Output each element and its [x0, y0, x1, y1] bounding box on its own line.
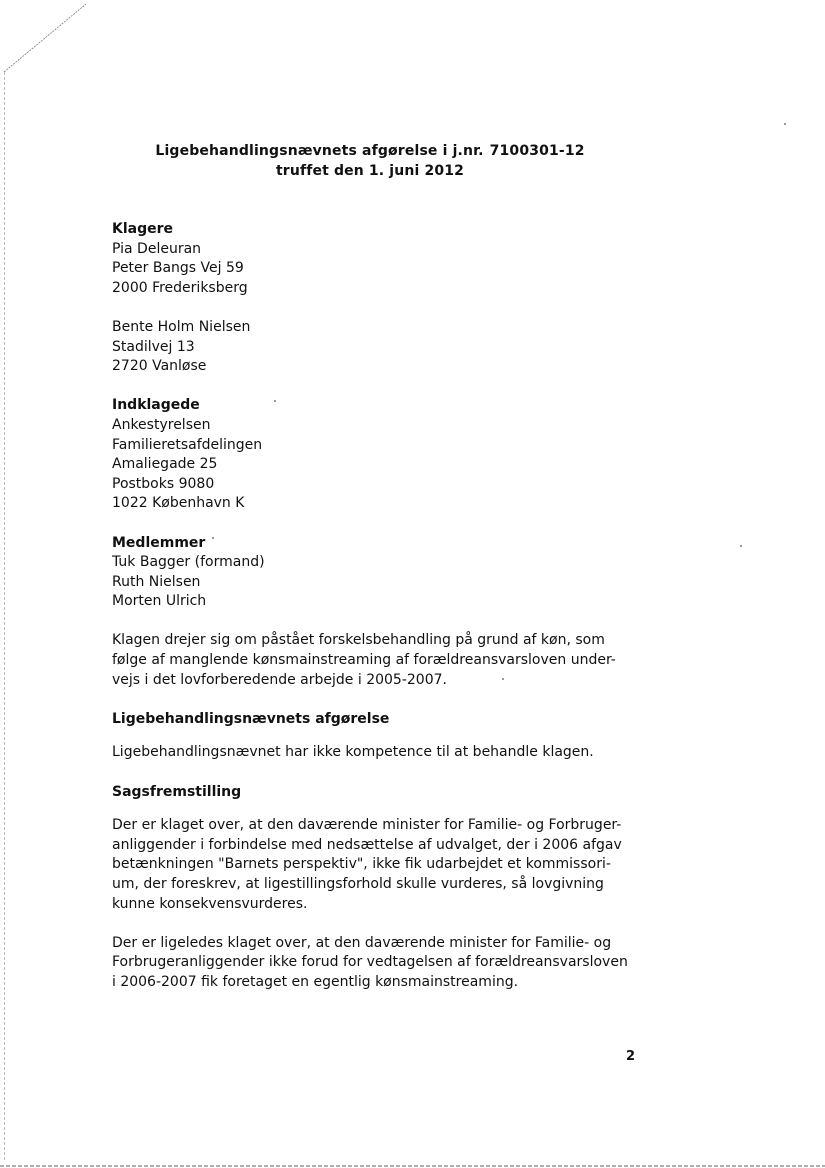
member-line: Morten Ulrich — [112, 592, 652, 612]
paragraph-line: vejs i det lovforberedende arbejde i 200… — [112, 671, 652, 691]
complainant-1: Pia Deleuran Peter Bangs Vej 59 2000 Fre… — [112, 240, 652, 299]
respondent-line: Familieretsafdelingen — [112, 436, 652, 456]
section-klagere: Klagere Pia Deleuran Peter Bangs Vej 59 … — [112, 220, 652, 377]
complainant-name: Pia Deleuran — [112, 240, 652, 260]
paragraph-line: um, der foreskrev, at ligestillingsforho… — [112, 875, 652, 895]
title-prefix: Ligebehandlingsnævnets afgørelse i j.nr. — [155, 143, 483, 159]
complainant-city: 2720 Vanløse — [112, 357, 652, 377]
indklagede-heading: Indklagede — [112, 396, 652, 416]
section-afgoerelse: Ligebehandlingsnævnets afgørelse Ligebeh… — [112, 710, 652, 763]
scan-fold-line — [0, 0, 100, 120]
respondent-line: Amaliegade 25 — [112, 455, 652, 475]
page-title: Ligebehandlingsnævnets afgørelse i j.nr.… — [0, 141, 740, 181]
complainant-street: Peter Bangs Vej 59 — [112, 259, 652, 279]
member-line: Tuk Bagger (formand) — [112, 553, 652, 573]
intro-paragraph: Klagen drejer sig om påstået forskelsbeh… — [112, 631, 652, 690]
respondent-line: 1022 København K — [112, 494, 652, 514]
title-line-2: truffet den 1. juni 2012 — [0, 161, 740, 181]
paragraph-line: følge af manglende kønsmainstreaming af … — [112, 651, 652, 671]
paragraph-line: Klagen drejer sig om påstået forskelsbeh… — [112, 631, 652, 651]
section-sagsfremstilling: Sagsfremstilling Der er klaget over, at … — [112, 783, 652, 993]
scan-speck — [740, 545, 742, 547]
paragraph-line: betænkningen "Barnets perspektiv", ikke … — [112, 855, 652, 875]
medlemmer-heading: Medlemmer — [112, 534, 652, 554]
paragraph-line: anliggender i forbindelse med nedsættels… — [112, 836, 652, 856]
afgoerelse-text: Ligebehandlingsnævnet har ikke kompetenc… — [112, 743, 652, 763]
sagsfremstilling-paragraph-2: Der er ligeledes klaget over, at den dav… — [112, 934, 652, 993]
sagsfremstilling-paragraph-1: Der er klaget over, at den daværende min… — [112, 816, 652, 914]
scan-left-edge — [4, 72, 5, 1162]
section-medlemmer: Medlemmer Tuk Bagger (formand) Ruth Niel… — [112, 534, 652, 612]
scan-speck — [784, 123, 786, 125]
sagsfremstilling-heading: Sagsfremstilling — [112, 783, 652, 803]
scan-bottom-edge — [0, 1165, 825, 1167]
klagere-heading: Klagere — [112, 220, 652, 240]
member-line: Ruth Nielsen — [112, 573, 652, 593]
respondent-line: Postboks 9080 — [112, 475, 652, 495]
paragraph-line: Der er klaget over, at den daværende min… — [112, 816, 652, 836]
paragraph-line: kunne konsekvensvurderes. — [112, 895, 652, 915]
complainant-city: 2000 Frederiksberg — [112, 279, 652, 299]
section-indklagede: Indklagede Ankestyrelsen Familieretsafde… — [112, 396, 652, 514]
complainant-2: Bente Holm Nielsen Stadilvej 13 2720 Van… — [112, 318, 652, 377]
complainant-name: Bente Holm Nielsen — [112, 318, 652, 338]
complainant-street: Stadilvej 13 — [112, 338, 652, 358]
journal-number: 7100301-12 — [490, 143, 585, 159]
respondent-line: Ankestyrelsen — [112, 416, 652, 436]
document-body: Klagere Pia Deleuran Peter Bangs Vej 59 … — [112, 220, 652, 1012]
title-line-1: Ligebehandlingsnævnets afgørelse i j.nr.… — [0, 141, 740, 161]
afgoerelse-heading: Ligebehandlingsnævnets afgørelse — [112, 710, 652, 730]
page-number: 2 — [626, 1049, 635, 1064]
paragraph-line: Forbrugeranliggender ikke forud for vedt… — [112, 953, 652, 973]
paragraph-line: i 2006-2007 fik foretaget en egentlig kø… — [112, 973, 652, 993]
paragraph-line: Der er ligeledes klaget over, at den dav… — [112, 934, 652, 954]
